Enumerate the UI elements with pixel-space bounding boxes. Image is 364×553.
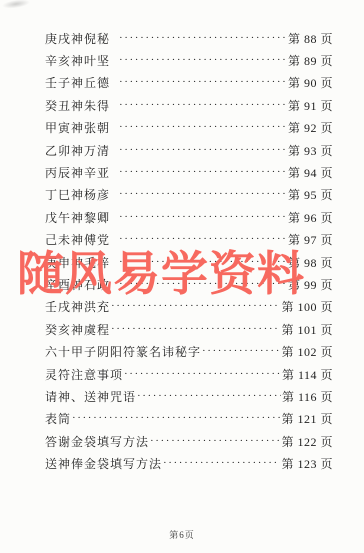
entry-title: 癸丑神朱得 xyxy=(45,97,118,114)
entry-page: 第 123 页 xyxy=(281,455,333,472)
toc-entry: 丙辰神辛亚 ··································… xyxy=(0,161,364,183)
dot-leader: ········································… xyxy=(119,77,287,88)
dot-leader: ········································… xyxy=(111,324,280,335)
dot-leader: ········································… xyxy=(119,189,287,200)
entry-title: 丙辰神辛亚 xyxy=(45,164,118,181)
page-number-footer: 第6页 xyxy=(0,528,364,541)
dot-leader: ········································… xyxy=(119,234,287,245)
entry-title: 表筒 xyxy=(45,410,71,427)
dot-leader: ········································… xyxy=(124,369,281,380)
entry-page: 第 96 页 xyxy=(288,209,333,226)
entry-page: 第 101 页 xyxy=(281,321,333,338)
entry-title: 答谢金袋填写方法 xyxy=(45,433,149,450)
entry-title: 乙卯神万清 xyxy=(45,142,118,159)
toc-entry: 乙卯神万清 ··································… xyxy=(0,139,364,161)
entry-page: 第 94 页 xyxy=(288,164,333,181)
toc-entry: 壬子神丘德 ··································… xyxy=(0,72,364,94)
entry-title: 己未神傅党 xyxy=(45,231,118,248)
entry-title: 请神、送神咒语 xyxy=(45,388,136,405)
entry-title: 甲寅神张朝 xyxy=(45,119,118,136)
dot-leader: ········································… xyxy=(163,458,280,469)
entry-page: 第 116 页 xyxy=(282,388,333,405)
scan-smudge xyxy=(2,0,31,10)
toc-entry: 癸亥神虞程···································… xyxy=(0,318,364,340)
entry-page: 第 102 页 xyxy=(281,343,333,360)
entry-title: 送神俸金袋填写方法 xyxy=(45,455,162,472)
entry-title: 灵符注意事项 xyxy=(45,366,123,383)
dot-leader: ········································… xyxy=(119,167,287,178)
entry-title: 六十甲子阴阳符篆名讳秘字 xyxy=(45,343,201,360)
entry-page: 第 95 页 xyxy=(288,186,333,203)
entry-title: 辛亥神叶坚 xyxy=(45,52,118,69)
toc-entry: 灵符注意事项··································… xyxy=(0,363,364,385)
dot-leader: ········································… xyxy=(119,100,287,111)
toc-entry: 癸丑神朱得 ··································… xyxy=(0,94,364,116)
toc-entry: 六十甲子阴阳符篆名讳秘字····························… xyxy=(0,340,364,362)
entry-page: 第 91 页 xyxy=(288,97,333,114)
toc-entry: 答谢金袋填写方法································… xyxy=(0,430,364,452)
entry-page: 第 93 页 xyxy=(288,142,333,159)
toc-entry: 甲寅神张朝 ··································… xyxy=(0,117,364,139)
dot-leader: ········································… xyxy=(119,122,287,133)
dot-leader: ········································… xyxy=(119,55,287,66)
toc-entry: 请神、送神咒语·································… xyxy=(0,385,364,407)
entry-page: 第 114 页 xyxy=(282,366,333,383)
dot-leader: ········································… xyxy=(202,346,280,357)
entry-title: 癸亥神虞程 xyxy=(45,321,110,338)
entry-title: 戊午神黎卿 xyxy=(45,209,118,226)
entry-title: 丁巳神杨彦 xyxy=(45,186,118,203)
toc-entry: 戊午神黎卿 ··································… xyxy=(0,206,364,228)
entry-page: 第 88 页 xyxy=(288,30,333,47)
toc-entry: 辛亥神叶坚 ··································… xyxy=(0,49,364,71)
dot-leader: ········································… xyxy=(119,145,287,156)
toc-entry: 送神俸金袋填写方法·······························… xyxy=(0,452,364,474)
dot-leader: ········································… xyxy=(72,413,280,424)
entry-title: 庚戌神倪秘 xyxy=(45,30,118,47)
dot-leader: ········································… xyxy=(137,391,281,402)
dot-leader: ········································… xyxy=(111,301,280,312)
entry-page: 第 97 页 xyxy=(288,231,333,248)
watermark-text: 随风易学资料 xyxy=(17,251,305,298)
entry-page: 第 121 页 xyxy=(281,410,333,427)
entry-page: 第 89 页 xyxy=(288,52,333,69)
toc-entry: 表筒······································… xyxy=(0,408,364,430)
dot-leader: ········································… xyxy=(119,33,287,44)
entry-title: 壬子神丘德 xyxy=(45,74,118,91)
toc-entry: 庚戌神倪秘 ··································… xyxy=(0,27,364,49)
entry-page: 第 92 页 xyxy=(288,119,333,136)
dot-leader: ········································… xyxy=(119,212,287,223)
entry-page: 第 122 页 xyxy=(281,433,333,450)
dot-leader: ········································… xyxy=(150,436,280,447)
entry-page: 第 90 页 xyxy=(288,74,333,91)
scanned-page: 庚戌神倪秘 ··································… xyxy=(0,0,364,553)
toc-entry: 丁巳神杨彦 ··································… xyxy=(0,184,364,206)
